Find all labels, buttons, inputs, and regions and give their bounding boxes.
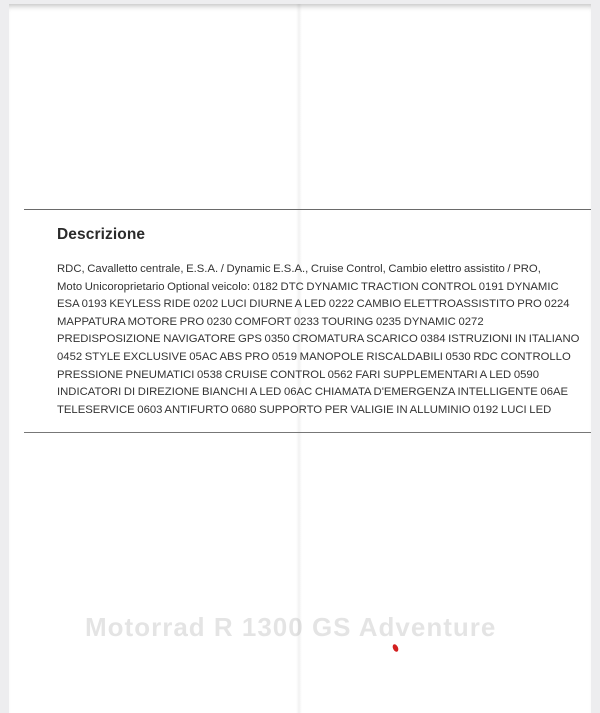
description-section: Descrizione RDC, Cavalletto centrale, E.…: [57, 226, 587, 419]
show-through-title: Motorrad R 1300 GS Adventure: [85, 612, 496, 643]
section-divider-top: [24, 209, 591, 210]
description-text: RDC, Cavalletto centrale, E.S.A. / Dynam…: [57, 261, 587, 419]
description-line: INDICATORI DI DIREZIONE BIANCHI A LED 06…: [57, 384, 587, 402]
description-line: Moto Unicoroprietario Optional veicolo: …: [57, 279, 587, 297]
section-divider-bottom: [24, 432, 591, 433]
section-title: Descrizione: [57, 226, 587, 244]
description-line: PRESSIONE PNEUMATICI 0538 CRUISE CONTROL…: [57, 367, 587, 385]
description-line: RDC, Cavalletto centrale, E.S.A. / Dynam…: [57, 261, 587, 279]
description-line: 0452 STYLE EXCLUSIVE 05AC ABS PRO 0519 M…: [57, 349, 587, 367]
description-line: PREDISPOSIZIONE NAVIGATORE GPS 0350 CROM…: [57, 331, 587, 349]
description-line: TELESERVICE 0603 ANTIFURTO 0680 SUPPORTO…: [57, 402, 587, 420]
description-line: ESA 0193 KEYLESS RIDE 0202 LUCI DIURNE A…: [57, 296, 587, 314]
description-line: MAPPATURA MOTORE PRO 0230 COMFORT 0233 T…: [57, 314, 587, 332]
